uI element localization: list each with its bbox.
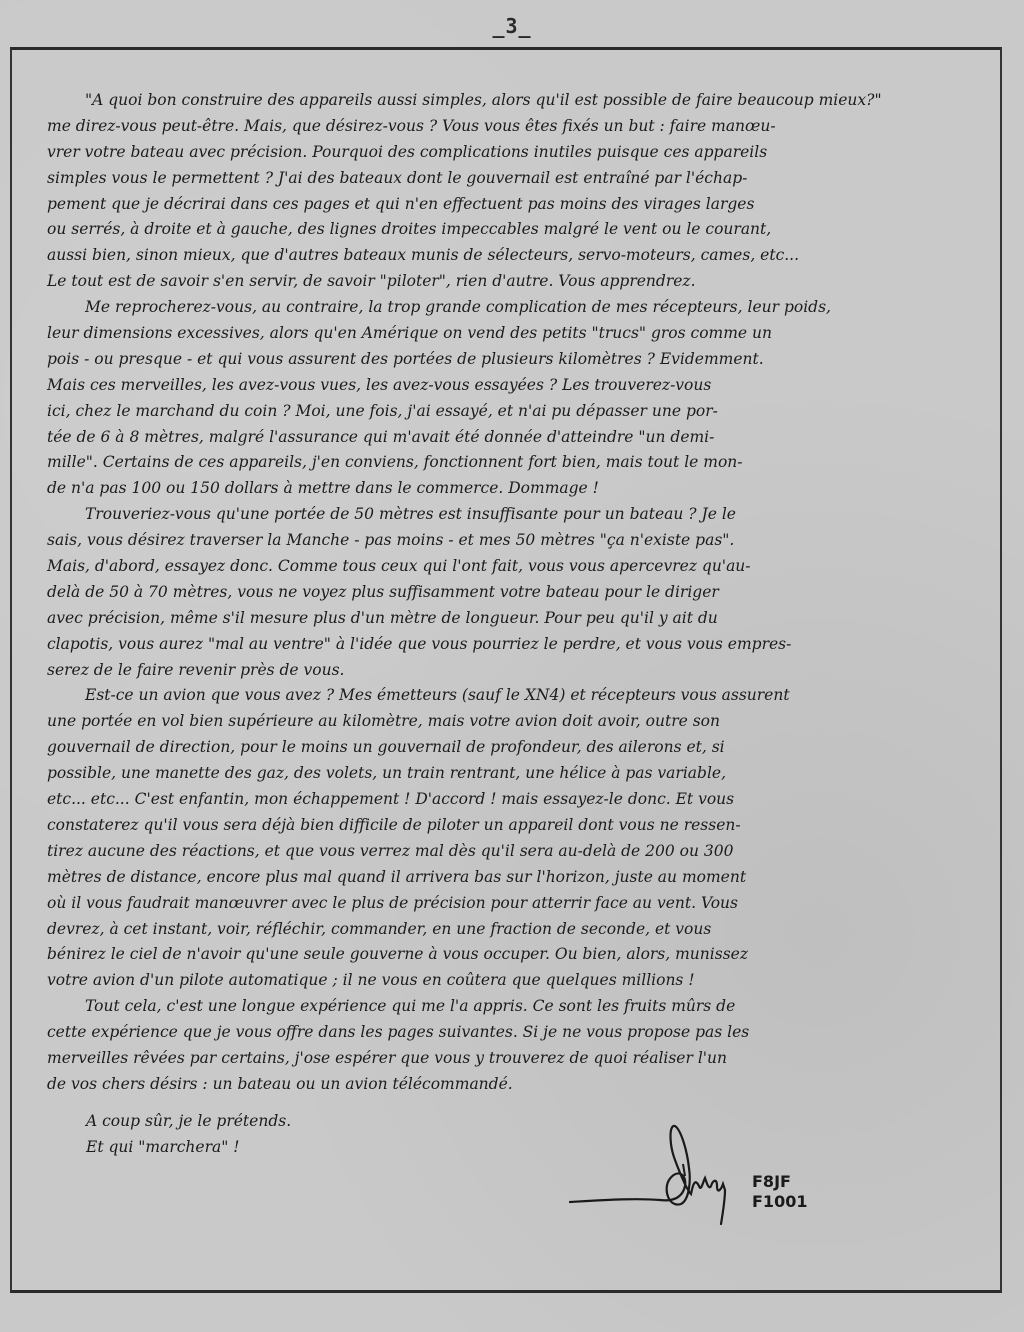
text-line: mètres de distance, encore plus mal quan… <box>47 865 977 891</box>
text-line: devrez, à cet instant, voir, réfléchir, … <box>47 917 977 943</box>
text-line: simples vous le permettent ? J'ai des ba… <box>47 166 977 192</box>
callsigns: F8JF F1001 <box>752 1172 807 1212</box>
callsign-1: F8JF <box>752 1172 807 1192</box>
closing-line-1: A coup sûr, je le prétends. <box>86 1112 291 1130</box>
text-line: Mais ces merveilles, les avez-vous vues,… <box>47 373 977 399</box>
text-line: tée de 6 à 8 mètres, malgré l'assurance … <box>47 425 977 451</box>
text-line: Mais, d'abord, essayez donc. Comme tous … <box>47 554 977 580</box>
text-line: possible, une manette des gaz, des volet… <box>47 761 977 787</box>
handwritten-signature <box>565 1120 755 1230</box>
text-line: ici, chez le marchand du coin ? Moi, une… <box>47 399 977 425</box>
page-number: _3_ <box>0 14 1024 38</box>
text-line: vrer votre bateau avec précision. Pourqu… <box>47 140 977 166</box>
text-line: de n'a pas 100 ou 150 dollars à mettre d… <box>47 476 977 502</box>
text-line: etc... etc... C'est enfantin, mon échapp… <box>47 787 977 813</box>
text-line: où il vous faudrait manœuvrer avec le pl… <box>47 891 977 917</box>
text-line: de vos chers désirs : un bateau ou un av… <box>47 1072 977 1098</box>
text-line: pement que je décrirai dans ces pages et… <box>47 192 977 218</box>
text-line: aussi bien, sinon mieux, que d'autres ba… <box>47 243 977 269</box>
text-line: votre avion d'un pilote automatique ; il… <box>47 968 977 994</box>
text-line: sais, vous désirez traverser la Manche -… <box>47 528 977 554</box>
text-line: Tout cela, c'est une longue expérience q… <box>47 994 977 1020</box>
text-line: constaterez qu'il vous sera déjà bien di… <box>47 813 977 839</box>
text-line: leur dimensions excessives, alors qu'en … <box>47 321 977 347</box>
text-line: mille". Certains de ces appareils, j'en … <box>47 450 977 476</box>
text-line: tirez aucune des réactions, et que vous … <box>47 839 977 865</box>
text-line: delà de 50 à 70 mètres, vous ne voyez pl… <box>47 580 977 606</box>
text-line: bénirez le ciel de n'avoir qu'une seule … <box>47 942 977 968</box>
text-line: cette expérience que je vous offre dans … <box>47 1020 977 1046</box>
text-line: pois - ou presque - et qui vous assurent… <box>47 347 977 373</box>
text-line: Le tout est de savoir s'en servir, de sa… <box>47 269 977 295</box>
text-line: Me reprocherez-vous, au contraire, la tr… <box>47 295 977 321</box>
text-line: Est-ce un avion que vous avez ? Mes émet… <box>47 683 977 709</box>
closing-line-2: Et qui "marchera" ! <box>86 1138 240 1156</box>
letter-body: "A quoi bon construire des appareils aus… <box>47 88 977 1098</box>
text-line: une portée en vol bien supérieure au kil… <box>47 709 977 735</box>
text-line: merveilles rêvées par certains, j'ose es… <box>47 1046 977 1072</box>
text-line: ou serrés, à droite et à gauche, des lig… <box>47 217 977 243</box>
text-line: me direz-vous peut-être. Mais, que désir… <box>47 114 977 140</box>
text-line: serez de le faire revenir près de vous. <box>47 658 977 684</box>
callsign-2: F1001 <box>752 1192 807 1212</box>
text-line: avec précision, même s'il mesure plus d'… <box>47 606 977 632</box>
text-line: "A quoi bon construire des appareils aus… <box>47 88 977 114</box>
text-line: clapotis, vous aurez "mal au ventre" à l… <box>47 632 977 658</box>
text-line: gouvernail de direction, pour le moins u… <box>47 735 977 761</box>
text-line: Trouveriez-vous qu'une portée de 50 mètr… <box>47 502 977 528</box>
